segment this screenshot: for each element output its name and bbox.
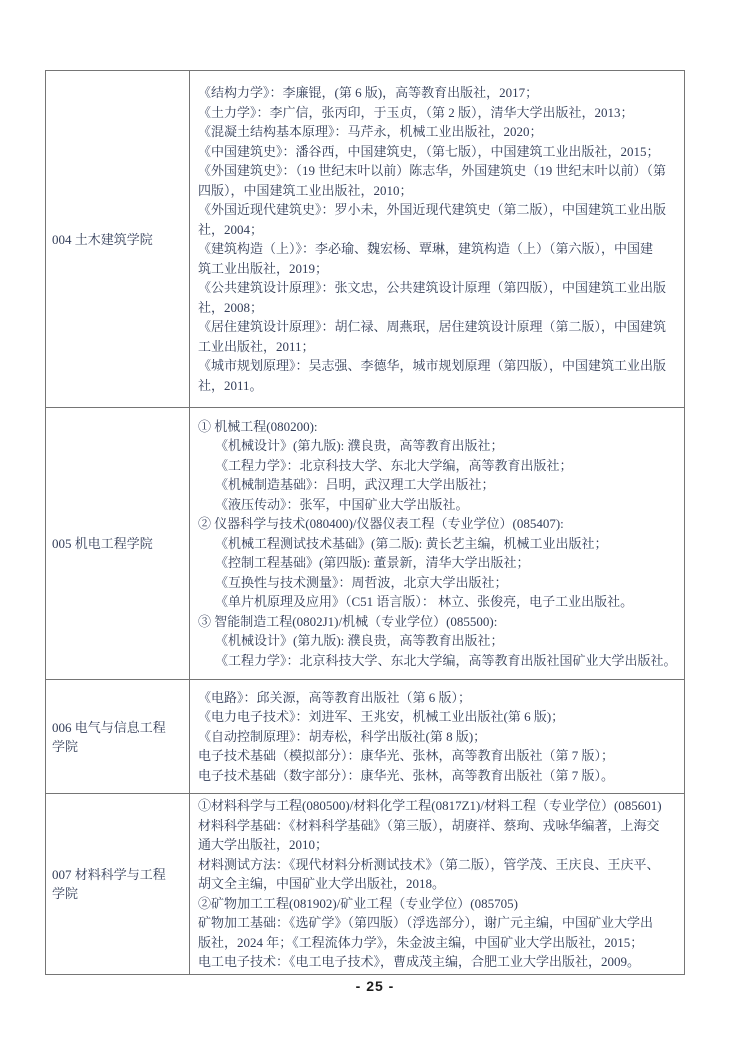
book-line: 《外国近现代建筑史》：罗小未，外国近现代建筑史（第二版），中国建筑工业出版 <box>198 200 681 220</box>
book-line: 《电路》：邱关源，高等教育出版社（第 6 版）； <box>198 688 681 708</box>
table-row: 007 材料科学与工程学院①材料科学与工程(080500)/材料化学工程(081… <box>46 794 685 975</box>
book-line: 《外国建筑史》：（19 世纪末叶以前）陈志华，外国建筑史（19 世纪末叶以前）（… <box>198 161 681 181</box>
book-line: 版社，2024 年；《工程流体力学》，朱金波主编，中国矿业大学出版社，2015； <box>198 933 681 953</box>
book-line: 《城市规划原理》：吴志强、李德华，城市规划原理（第四版），中国建筑工业出版 <box>198 356 681 376</box>
book-line: 《结构力学》：李廉锟，(第 6 版)，高等教育出版社，2017； <box>198 83 681 103</box>
department-cell: 005 机电工程学院 <box>46 408 190 680</box>
table-row: 004 土木建筑学院《结构力学》：李廉锟，(第 6 版)，高等教育出版社，201… <box>46 71 685 408</box>
department-label: 学院 <box>52 884 187 903</box>
book-line: 筑工业出版社，2019； <box>198 259 681 279</box>
book-line: 四版），中国建筑工业出版社，2010； <box>198 181 681 201</box>
book-line: 《机械制造基础》：吕明，武汉理工大学出版社； <box>198 475 681 495</box>
book-line: 《工程力学》：北京科技大学、东北大学编，高等教育出版社； <box>198 456 681 476</box>
book-line: 工业出版社，2011； <box>198 337 681 357</box>
book-line: ①材料科学与工程(080500)/材料化学工程(0817Z1)/材料工程（专业学… <box>198 796 681 816</box>
department-cell: 006 电气与信息工程学院 <box>46 680 190 794</box>
books-cell: ①材料科学与工程(080500)/材料化学工程(0817Z1)/材料工程（专业学… <box>190 794 685 975</box>
page-number: - 25 - <box>0 978 750 994</box>
book-line: 《机械设计》(第九版): 濮良贵，高等教育出版社； <box>198 631 681 651</box>
books-cell: 《电路》：邱关源，高等教育出版社（第 6 版）；《电力电子技术》：刘进军、王兆安… <box>190 680 685 794</box>
book-line: 《机械设计》(第九版): 濮良贵，高等教育出版社； <box>198 436 681 456</box>
book-line: 《控制工程基础》(第四版): 董景新，清华大学出版社； <box>198 553 681 573</box>
books-cell: ① 机械工程(080200):《机械设计》(第九版): 濮良贵，高等教育出版社；… <box>190 408 685 680</box>
book-line: 《机械工程测试技术基础》(第二版): 黄长艺主编，机械工业出版社； <box>198 534 681 554</box>
book-line: 电子技术基础（数字部分）：康华光、张林，高等教育出版社（第 7 版）。 <box>198 766 681 786</box>
table-row: 005 机电工程学院① 机械工程(080200):《机械设计》(第九版): 濮良… <box>46 408 685 680</box>
book-line: 《电力电子技术》：刘进军、王兆安，机械工业出版社(第 6 版)； <box>198 707 681 727</box>
book-line: 《混凝土结构基本原理》：马芹永，机械工业出版社，2020； <box>198 122 681 142</box>
book-line: ① 机械工程(080200): <box>198 417 681 437</box>
book-line: 《工程力学》：北京科技大学、东北大学编，高等教育出版社国矿业大学出版社。 <box>198 651 681 671</box>
reference-books-table: 004 土木建筑学院《结构力学》：李廉锟，(第 6 版)，高等教育出版社，201… <box>45 70 685 975</box>
book-line: 矿物加工基础：《选矿学》（第四版）（浮选部分），谢广元主编，中国矿业大学出 <box>198 913 681 933</box>
book-line: 社，2004； <box>198 220 681 240</box>
book-line: 《土力学》：李广信，张丙印，于玉贞，（第 2 版），清华大学出版社，2013； <box>198 103 681 123</box>
book-line: 《单片机原理及应用》（C51 语言版）： 林立、张俊亮，电子工业出版社。 <box>198 592 681 612</box>
book-line: 《居住建筑设计原理》：胡仁禄、周燕珉，居住建筑设计原理（第二版），中国建筑 <box>198 317 681 337</box>
book-line: 社，2011。 <box>198 376 681 396</box>
book-line: ② 仪器科学与技术(080400)/仪器仪表工程（专业学位）(085407): <box>198 514 681 534</box>
department-cell: 004 土木建筑学院 <box>46 71 190 408</box>
book-line: 材料测试方法：《现代材料分析测试技术》（第二版），管学茂、王庆良、王庆平、 <box>198 855 681 875</box>
department-label: 006 电气与信息工程 <box>52 718 187 737</box>
book-line: 《建筑构造（上）》：李必瑜、魏宏杨、覃琳，建筑构造（上）（第六版），中国建 <box>198 239 681 259</box>
department-label: 007 材料科学与工程 <box>52 865 187 884</box>
department-label: 005 机电工程学院 <box>52 534 187 553</box>
book-line: 《公共建筑设计原理》：张文忠，公共建筑设计原理（第四版），中国建筑工业出版 <box>198 278 681 298</box>
book-line: 通大学出版社，2010； <box>198 835 681 855</box>
book-line: ③ 智能制造工程(0802J1)/机械（专业学位）(085500): <box>198 612 681 632</box>
book-line: 《液压传动》：张军，中国矿业大学出版社。 <box>198 495 681 515</box>
book-line: 社，2008； <box>198 298 681 318</box>
department-cell: 007 材料科学与工程学院 <box>46 794 190 975</box>
reference-table-body: 004 土木建筑学院《结构力学》：李廉锟，(第 6 版)，高等教育出版社，201… <box>46 71 685 975</box>
book-line: 《自动控制原理》：胡寿松，科学出版社(第 8 版)； <box>198 727 681 747</box>
book-line: ②矿物加工工程(081902)/矿业工程（专业学位）(085705) <box>198 894 681 914</box>
book-line: 《中国建筑史》：潘谷西，中国建筑史，（第七版），中国建筑工业出版社，2015； <box>198 142 681 162</box>
book-line: 材料科学基础：《材料科学基础》（第三版），胡赓祥、蔡珣、戎咏华编著，上海交 <box>198 816 681 836</box>
book-line: 电工电子技术：《电工电子技术》，曹成茂主编，合肥工业大学出版社，2009。 <box>198 952 681 972</box>
department-label: 004 土木建筑学院 <box>52 230 187 249</box>
book-line: 《互换性与技术测量》：周哲波，北京大学出版社； <box>198 573 681 593</box>
table-row: 006 电气与信息工程学院《电路》：邱关源，高等教育出版社（第 6 版）；《电力… <box>46 680 685 794</box>
department-label: 学院 <box>52 737 187 756</box>
book-line: 电子技术基础（模拟部分）：康华光、张林，高等教育出版社（第 7 版）； <box>198 746 681 766</box>
books-cell: 《结构力学》：李廉锟，(第 6 版)，高等教育出版社，2017；《土力学》：李广… <box>190 71 685 408</box>
book-line: 胡文全主编，中国矿业大学出版社，2018。 <box>198 874 681 894</box>
